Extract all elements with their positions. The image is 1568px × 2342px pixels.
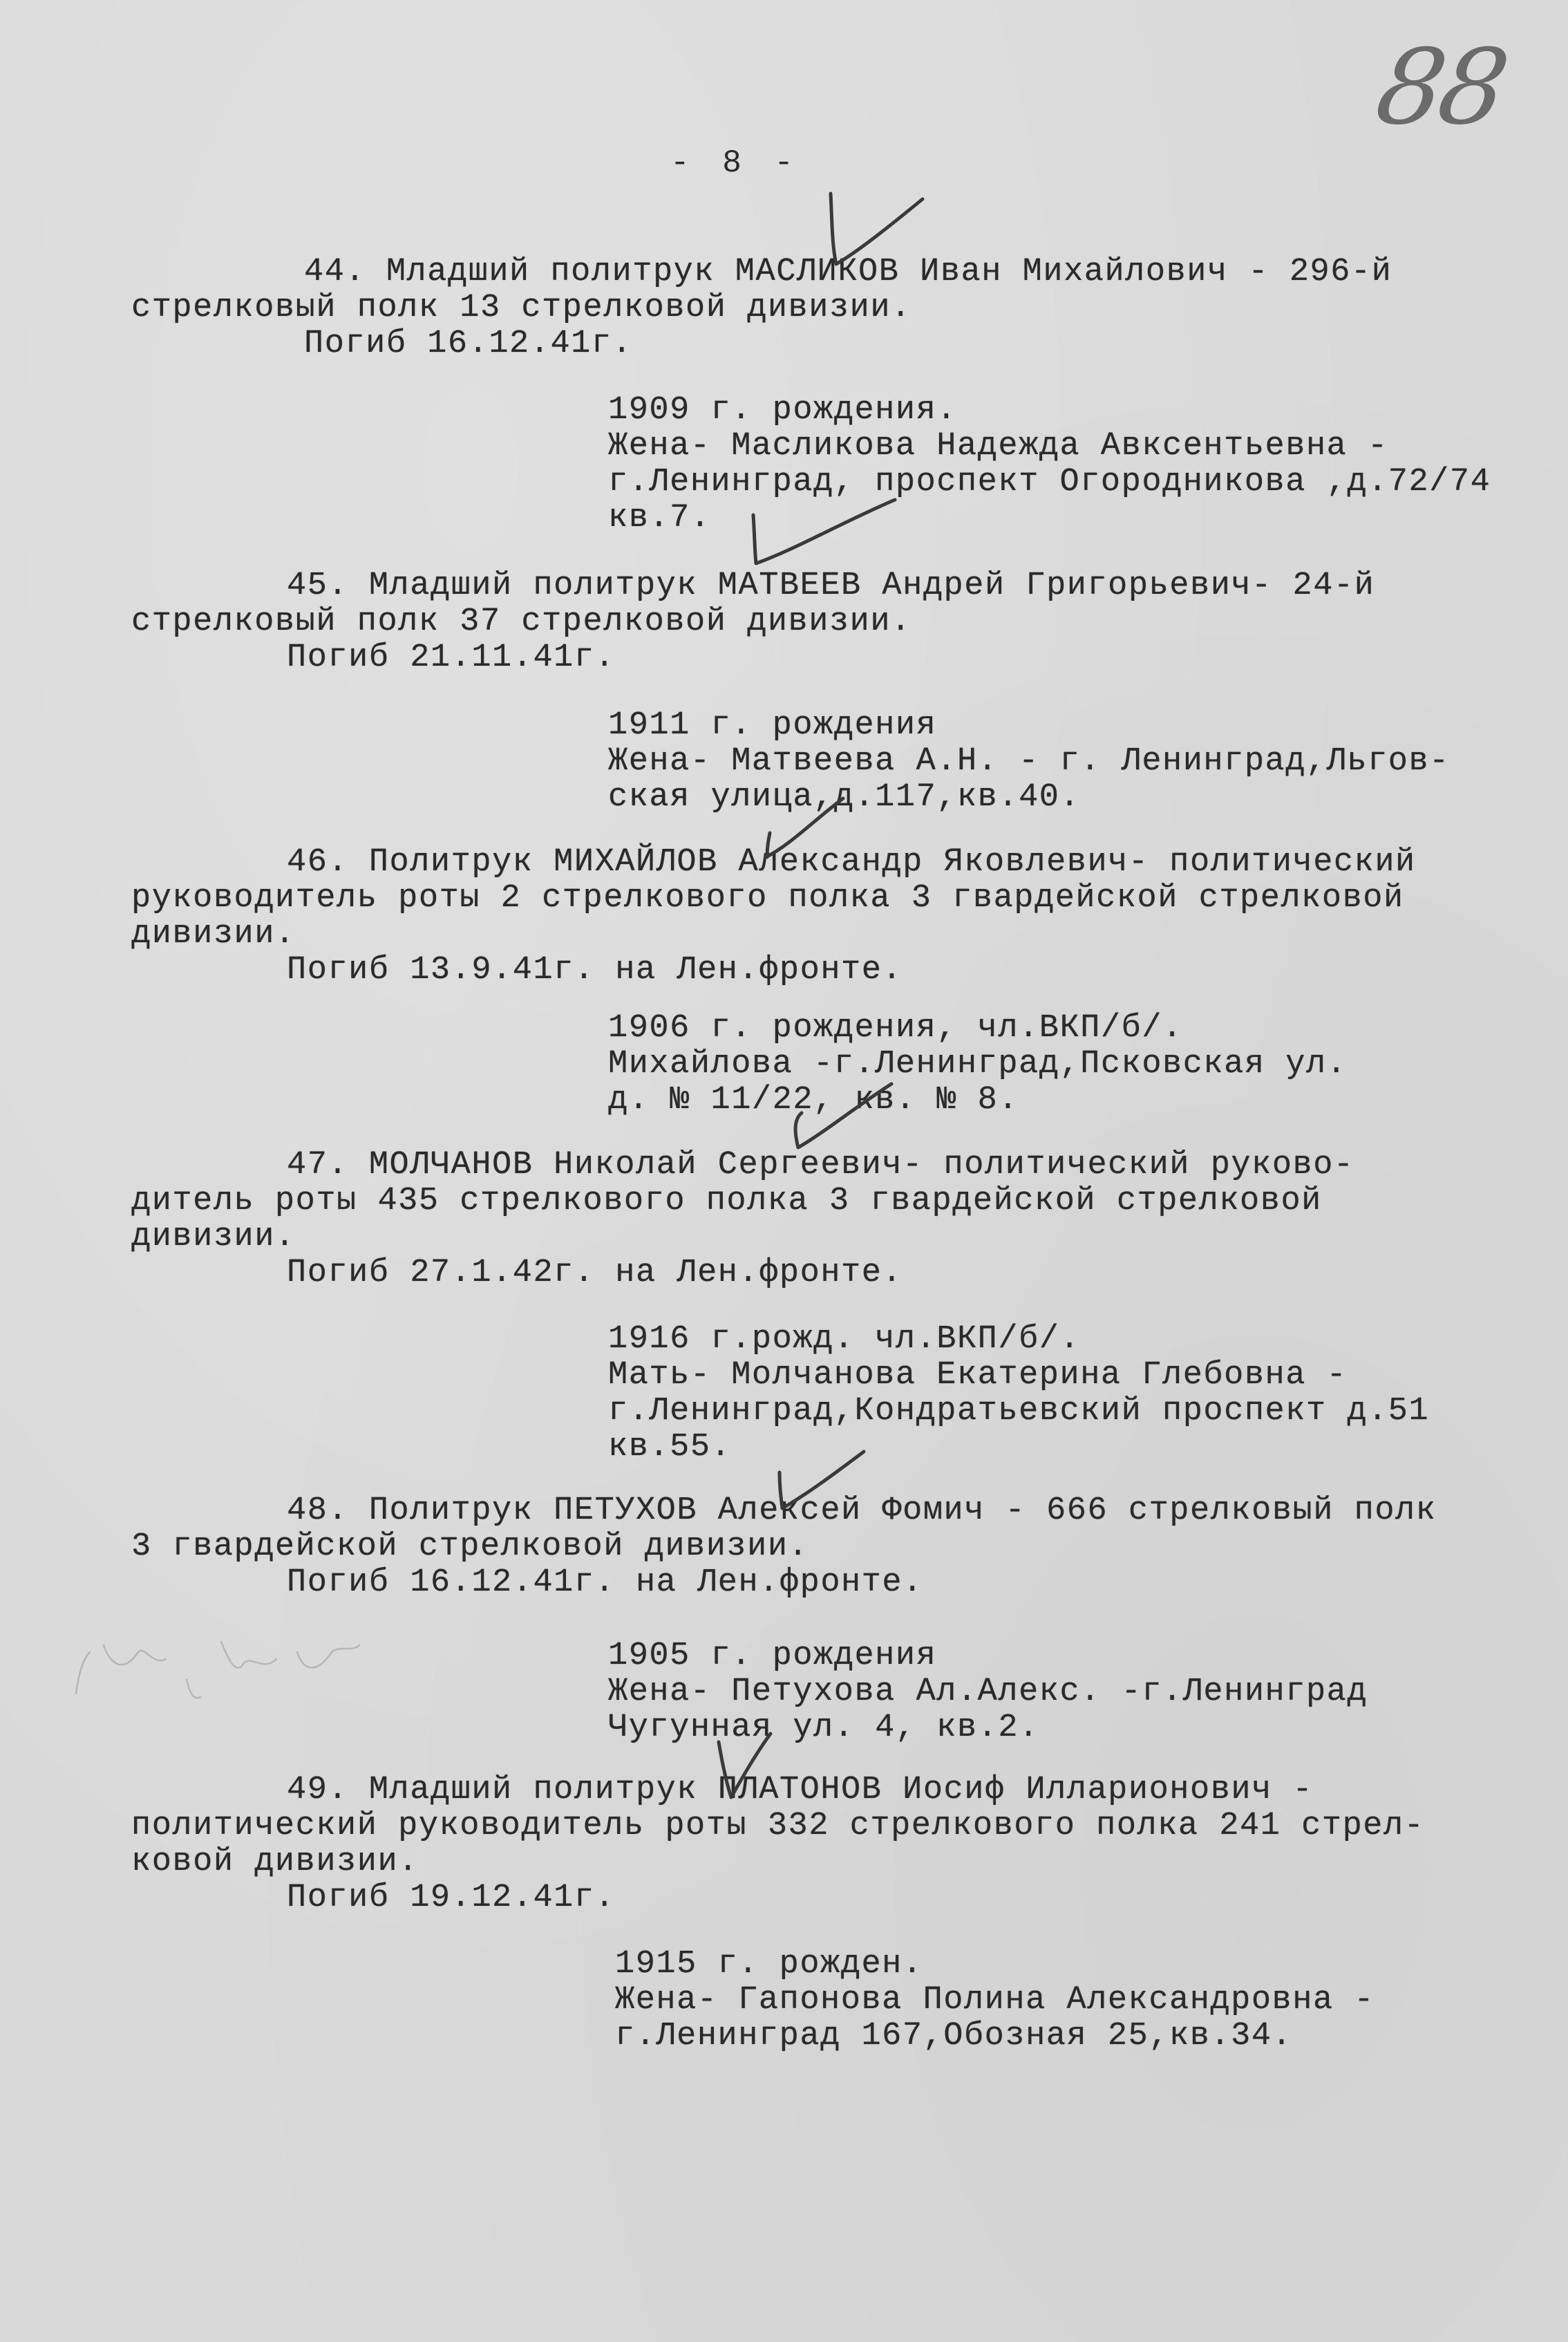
entry-47-birth: 1916 г.рожд. чл.ВКП/б/. xyxy=(608,1322,1080,1358)
entry-48-address: Чугунная ул. 4, кв.2. xyxy=(608,1710,1039,1746)
entry-49-heading: 49. Младший политрук ПЛАТОНОВ Иосиф Илла… xyxy=(287,1772,1313,1808)
entry-49-unit: политический руководитель роты 332 стрел… xyxy=(131,1808,1424,1844)
entry-46-unit: руководитель роты 2 стрелкового полка 3 … xyxy=(131,881,1404,917)
entry-46-unit-cont: дивизии. xyxy=(131,917,296,953)
entry-45-death: Погиб 21.11.41г. xyxy=(287,640,615,676)
document-page: 88 - 8 - 44. Младший политрук МАСЛИКОВ И… xyxy=(0,0,1568,2342)
entry-45-birth: 1911 г. рождения xyxy=(608,708,936,744)
entry-47-unit-cont: дивизии. xyxy=(131,1219,296,1255)
entry-47-apartment: кв.55. xyxy=(608,1430,731,1465)
entry-47-death: Погиб 27.1.42г. на Лен.фронте. xyxy=(287,1255,903,1291)
entry-46-death: Погиб 13.9.41г. на Лен.фронте. xyxy=(287,953,903,989)
entry-46-address: д. № 11/22, кв. № 8. xyxy=(608,1083,1019,1118)
entry-45-address: ская улица,д.117,кв.40. xyxy=(608,780,1080,816)
entry-44-birth: 1909 г. рождения. xyxy=(608,393,957,429)
entry-47-relative: Мать- Молчанова Екатерина Глебовна - xyxy=(608,1358,1347,1394)
entry-49-address: г.Ленинград 167,Обозная 25,кв.34. xyxy=(615,2018,1292,2054)
entry-48-unit: 3 гвардейской стрелковой дивизии. xyxy=(131,1529,809,1565)
entry-45-unit: стрелковый полк 37 стрелковой дивизии. xyxy=(131,604,911,640)
archive-sheet-number: 88 xyxy=(1368,28,1513,148)
entry-44-unit: стрелковый полк 13 стрелковой дивизии. xyxy=(131,290,911,326)
entry-46-relative: Михайлова -г.Ленинград,Псковская ул. xyxy=(608,1047,1347,1083)
entry-49-unit-cont: ковой дивизии. xyxy=(131,1844,419,1880)
entry-48-birth: 1905 г. рождения xyxy=(608,1638,936,1674)
entry-44-relative: Жена- Масликова Надежда Авксентьевна - xyxy=(608,429,1388,465)
pencil-margin-note-icon xyxy=(69,1631,387,1707)
entry-49-relative: Жена- Гапонова Полина Александровна - xyxy=(615,1983,1375,2018)
entry-44-address: г.Ленинград, проспект Огородникова ,д.72… xyxy=(608,465,1491,500)
entry-45-relative: Жена- Матвеева А.Н. - г. Ленинград,Льгов… xyxy=(608,744,1450,780)
entry-44-heading: 44. Младший политрук МАСЛИКОВ Иван Михай… xyxy=(304,254,1392,290)
entry-48-relative: Жена- Петухова Ал.Алекс. -г.Ленинград xyxy=(608,1674,1368,1710)
checkmark-icon xyxy=(739,494,905,570)
entry-48-death: Погиб 16.12.41г. на Лен.фронте. xyxy=(287,1565,923,1601)
entry-48-heading: 48. Политрук ПЕТУХОВ Алексей Фомич - 666… xyxy=(287,1493,1436,1529)
entry-47-heading: 47. МОЛЧАНОВ Николай Сергеевич- политиче… xyxy=(287,1147,1354,1183)
entry-44-death: Погиб 16.12.41г. xyxy=(304,326,632,362)
entry-49-birth: 1915 г. рожден. xyxy=(615,1947,923,1983)
entry-47-address: г.Ленинград,Кондратьевский проспект д.51 xyxy=(608,1394,1429,1430)
entry-46-birth: 1906 г. рождения, чл.ВКП/б/. xyxy=(608,1011,1183,1047)
entry-46-heading: 46. Политрук МИХАЙЛОВ Александр Яковлеви… xyxy=(287,845,1416,881)
page-number: - 8 - xyxy=(670,145,800,181)
entry-47-unit: дитель роты 435 стрелкового полка 3 гвар… xyxy=(131,1183,1322,1219)
entry-44-apartment: кв.7. xyxy=(608,500,711,536)
entry-49-death: Погиб 19.12.41г. xyxy=(287,1880,615,1916)
entry-45-heading: 45. Младший политрук МАТВЕЕВ Андрей Григ… xyxy=(287,568,1375,604)
